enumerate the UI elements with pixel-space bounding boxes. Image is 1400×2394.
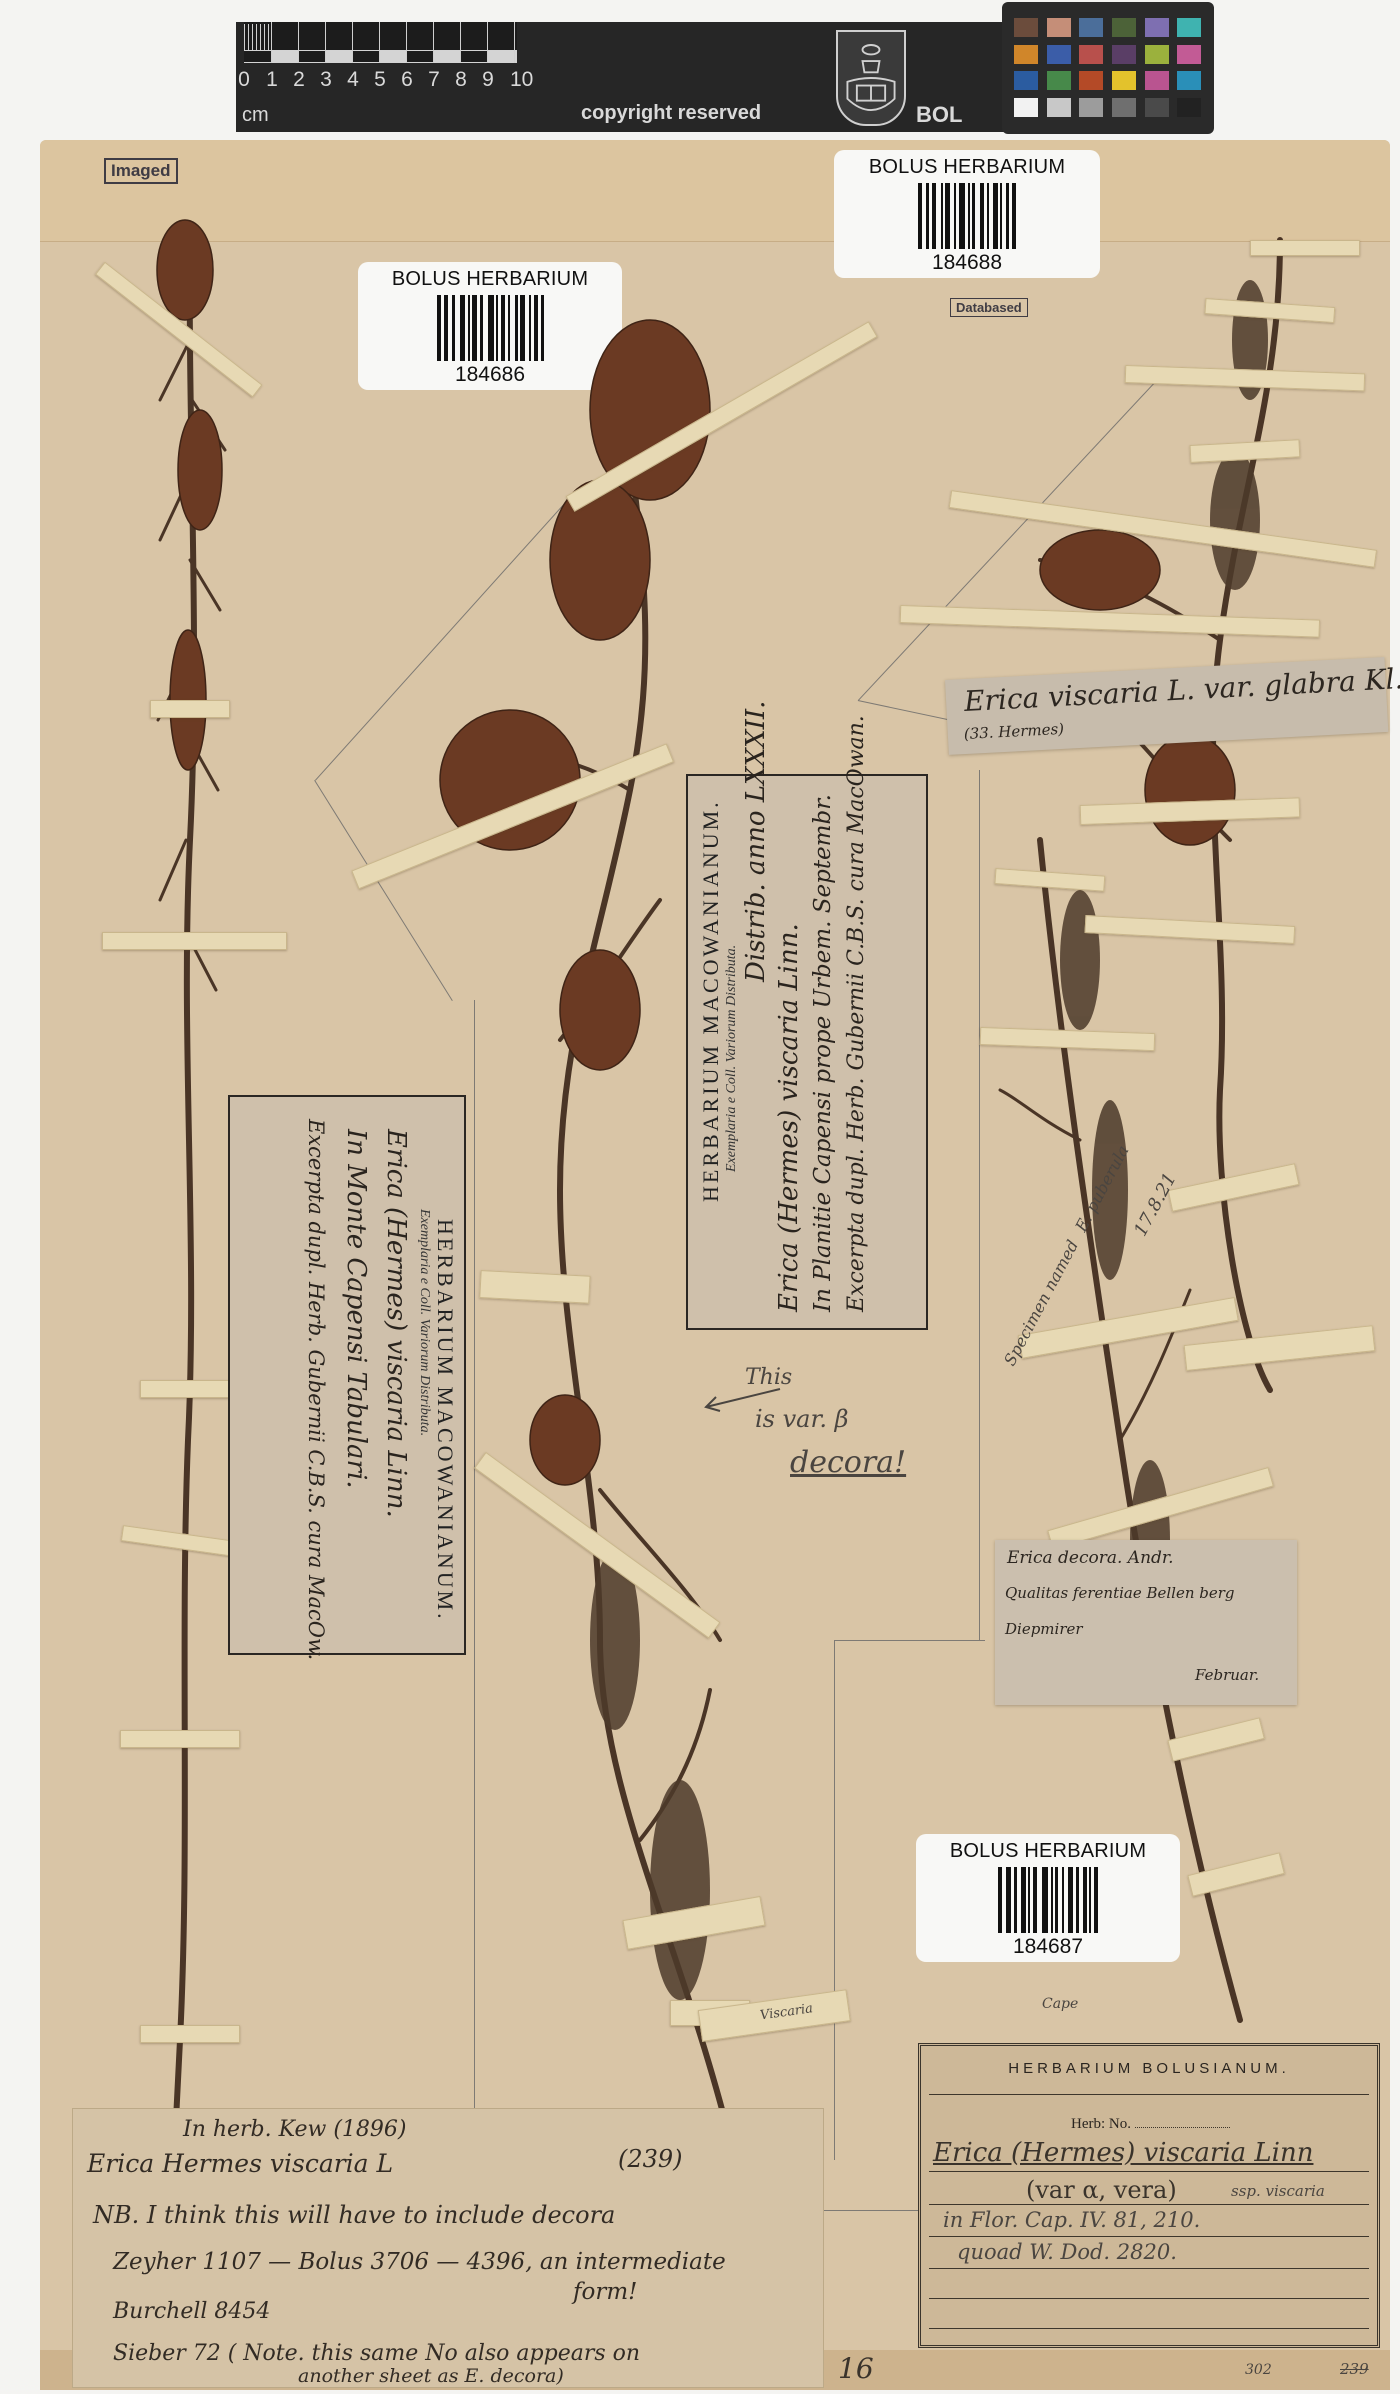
label-variety-line: (var α, vera): [1026, 2176, 1177, 2204]
color-swatch: [1177, 45, 1201, 64]
herb-no-label: Herb: No.: [1071, 2116, 1131, 2132]
mounting-strip: [102, 932, 287, 950]
color-swatch: [1047, 98, 1071, 117]
label-reference-line: quoad W. Dod. 2820.: [957, 2240, 1177, 2264]
color-calibration-chart: [1002, 2, 1214, 134]
mounting-strip: [1250, 240, 1360, 256]
herbarium-bolusianum-label: HERBARIUM BOLUSIANUM. Herb: No. Erica (H…: [918, 2043, 1380, 2348]
label-date-line: Distrib. anno LXXXII.: [740, 701, 772, 1322]
tick-label: 4: [343, 68, 363, 92]
note-number: (239): [618, 2145, 683, 2173]
label-title: HERBARIUM BOLUSIANUM.: [921, 2060, 1377, 2077]
tick-label: 9: [478, 68, 498, 92]
note-line: another sheet as E. decora): [298, 2365, 564, 2387]
university-crest-icon: [836, 30, 906, 126]
label-subtitle: Exemplaria e Coll. Variorum Distributa.: [416, 1109, 432, 1660]
label-title: HERBARIUM MACOWANIANUM.: [432, 1109, 458, 1660]
kew-note-label: In herb. Kew (1896) Erica Hermes viscari…: [72, 2108, 824, 2388]
slip-line: Diepmirer: [1005, 1620, 1083, 1638]
tick-label: 7: [424, 68, 444, 92]
color-swatch: [1145, 98, 1169, 117]
mounting-strip: [479, 1270, 590, 1304]
macowan-label-center: HERBARIUM MACOWANIANUM. Exemplaria e Col…: [686, 774, 928, 1330]
annotation-decora: This is var. β decora!: [700, 1365, 960, 1515]
color-swatch: [1079, 45, 1103, 64]
tick-label: 0: [234, 68, 254, 92]
label-source-line: Excerpta dupl. Herb. Gubernii C.B.S. cur…: [296, 1109, 336, 1660]
label-text-block: HERBARIUM MACOWANIANUM. Exemplaria e Col…: [698, 701, 874, 1322]
note-line: Erica Hermes viscaria L: [87, 2149, 393, 2178]
mounting-strip: [120, 1730, 240, 1748]
color-swatch: [1079, 71, 1103, 90]
sheet-number-302: 302: [1245, 2362, 1272, 2378]
color-swatch: [1112, 71, 1136, 90]
color-swatch: [1079, 18, 1103, 37]
tick-label: 1: [262, 68, 282, 92]
color-swatch: [1014, 71, 1038, 90]
label-locality-line: In Planitie Capensi prope Urbem. Septemb…: [806, 701, 840, 1322]
herb-no-field: Herb: No.: [1071, 2116, 1230, 2133]
tick-label: 8: [451, 68, 471, 92]
tick-label: 6: [397, 68, 417, 92]
note-line: Sieber 72 ( Note. this same No also appe…: [113, 2341, 640, 2366]
determination-slip-decora: Erica decora. Andr. Qualitas ferentiae B…: [995, 1540, 1297, 1705]
label-subtitle: Exemplaria e Coll. Variorum Distributa.: [724, 701, 740, 1322]
color-swatch: [1145, 71, 1169, 90]
slip-line: Februar.: [1195, 1666, 1259, 1684]
mounting-strip: [140, 1380, 230, 1398]
scale-bar: 0 1 2 3 4 5 6 7 8 9 10 cm copyright rese…: [236, 22, 1006, 132]
label-rule: [929, 2171, 1369, 2172]
copyright-text: copyright reserved: [581, 102, 761, 125]
annotation-line: This: [745, 1365, 792, 1390]
sheet-number-239: 239: [1340, 2360, 1369, 2378]
note-line: NB. I think this will have to include de…: [93, 2201, 615, 2229]
annotation-line: is var. β: [755, 1405, 848, 1433]
label-rule: [929, 2328, 1369, 2329]
color-swatch: [1014, 98, 1038, 117]
mounting-strip: [140, 2025, 240, 2043]
note-line: In herb. Kew (1896): [183, 2117, 406, 2142]
color-swatch: [1177, 71, 1201, 90]
color-swatch: [1014, 18, 1038, 37]
macowan-label-left: HERBARIUM MACOWANIANUM. Exemplaria e Col…: [228, 1095, 466, 1655]
unit-label: cm: [242, 104, 269, 127]
label-taxon-line: Erica (Hermes) viscaria Linn: [933, 2138, 1313, 2168]
color-swatch: [1145, 18, 1169, 37]
cm-ruler: [244, 22, 517, 66]
tape-pencil-note: Viscaria: [759, 2001, 814, 2023]
color-swatch: [1177, 18, 1201, 37]
label-rule: [929, 2204, 1369, 2205]
label-rule: [929, 2236, 1369, 2237]
tick-label: 10: [510, 68, 530, 92]
color-swatch: [1145, 45, 1169, 64]
note-line: Zeyher 1107 — Bolus 3706 — 4396, an inte…: [113, 2249, 726, 2275]
label-subspecies-note: ssp. viscaria: [1231, 2182, 1325, 2200]
institution-code: BOL: [916, 102, 962, 128]
annotation-line: decora!: [790, 1445, 906, 1480]
label-rule: [929, 2268, 1369, 2269]
tick-label: 3: [316, 68, 336, 92]
label-source-line: Excerpta dupl. Herb. Gubernii C.B.S. cur…: [840, 701, 874, 1322]
color-swatch: [1047, 18, 1071, 37]
tick-label: 5: [370, 68, 390, 92]
label-locality-line: In Monte Capensi Tabulari.: [336, 1109, 376, 1660]
color-swatch: [1177, 98, 1201, 117]
label-reference-line: in Flor. Cap. IV. 81, 210.: [943, 2208, 1200, 2232]
color-swatch: [1047, 45, 1071, 64]
label-title: HERBARIUM MACOWANIANUM.: [698, 701, 724, 1322]
slip-line: Qualitas ferentiae Bellen berg: [1005, 1584, 1235, 1602]
slip-note-line: (33. Hermes): [963, 720, 1064, 743]
color-swatch: [1014, 45, 1038, 64]
ruler-tick-labels: 0 1 2 3 4 5 6 7 8 9 10: [236, 68, 526, 98]
color-swatch: [1112, 98, 1136, 117]
label-taxon-line: Erica (Hermes) viscaria Linn.: [376, 1109, 416, 1660]
sheet-number-16: 16: [838, 2352, 874, 2385]
note-line: form!: [573, 2279, 637, 2305]
color-swatch: [1112, 45, 1136, 64]
label-taxon-line: Erica (Hermes) viscaria Linn.: [772, 701, 806, 1322]
label-rule: [929, 2094, 1369, 2095]
label-rule: [929, 2298, 1369, 2299]
color-swatch: [1112, 18, 1136, 37]
slip-line: Erica decora. Andr.: [1007, 1548, 1174, 1568]
mounting-strip: [150, 700, 230, 718]
color-swatch: [1047, 71, 1071, 90]
label-text-block: HERBARIUM MACOWANIANUM. Exemplaria e Col…: [296, 1109, 458, 1660]
tick-label: 2: [289, 68, 309, 92]
color-swatch: [1079, 98, 1103, 117]
note-line: Burchell 8454: [113, 2299, 270, 2324]
